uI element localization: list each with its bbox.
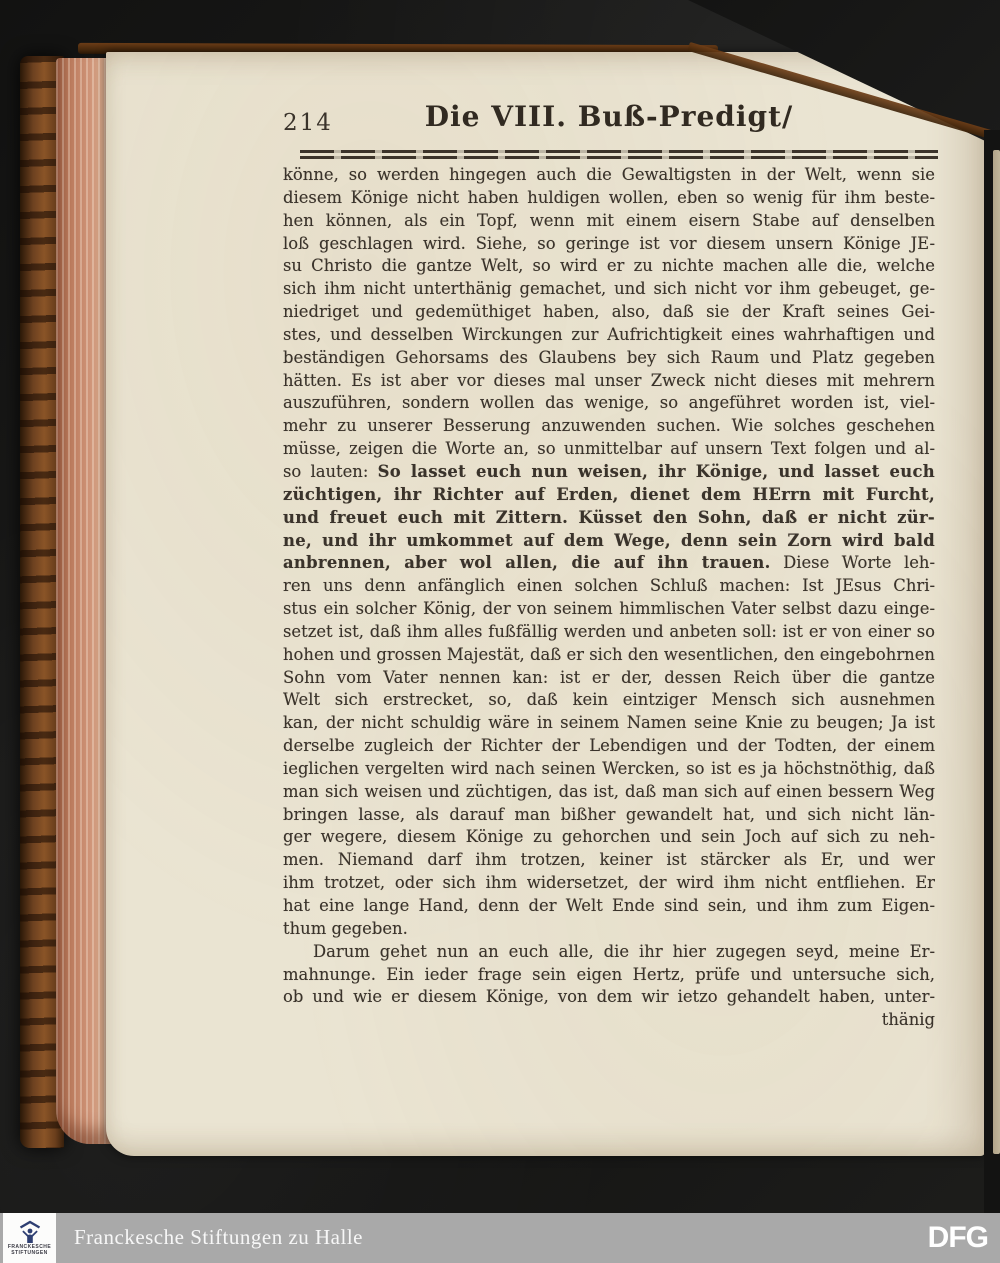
text-line: mehr zu unserer Besserung anzuwenden suc… [283,415,935,438]
text-line: müsse, zeigen die Worte an, so unmittelb… [283,438,935,461]
footer-bar: FRANCKESCHE STIFTUNGEN Franckesche Stift… [0,1213,1000,1263]
scanned-book-photo: 214 Die VIII. Buß-Predigt/ könne, so wer… [0,0,1000,1263]
text-line: ob und wie er diesem Könige, von dem wir… [283,986,935,1009]
text-line: beständigen Gehorsams des Glaubens bey s… [283,347,935,370]
text-line: ne, und ihr umkommet auf dem Wege, denn … [283,530,935,553]
text-line: mahnunge. Ein ieder frage sein eigen Her… [283,964,935,987]
text-line: und freuet euch mit Zittern. Küsset den … [283,507,935,530]
text-line: Welt sich erstrecket, so, daß kein eintz… [283,689,935,712]
header-rule [300,150,938,162]
header-rule-line [300,150,938,153]
text-line: man sich weisen und züchtigen, das ist, … [283,781,935,804]
text-line: su Christo die gantze Welt, so wird er z… [283,255,935,278]
text-line: stus ein solcher König, der von seinem h… [283,598,935,621]
text-line: ger wegere, diesem Könige zu gehorchen u… [283,826,935,849]
facing-page-edge [993,150,1000,1154]
text-line: sich ihm nicht unterthänig gemachet, und… [283,278,935,301]
text-line: hen können, als ein Topf, wenn mit einem… [283,210,935,233]
text-line: loß geschlagen wird. Siehe, so geringe i… [283,233,935,256]
dfg-logo: DFG [928,1213,988,1263]
text-line: züchtigen, ihr Richter auf Erden, dienet… [283,484,935,507]
text-line: auszuführen, sondern wollen das wenige, … [283,392,935,415]
text-line: ren uns denn anfänglich einen solchen Sc… [283,575,935,598]
text-line: derselbe zugleich der Richter der Lebend… [283,735,935,758]
text-line: diesem Könige nicht haben huldigen wolle… [283,187,935,210]
text-line: hohen und grossen Majestät, daß er sich … [283,644,935,667]
text-line: ihm trotzet, oder sich ihm widersetzet, … [283,872,935,895]
catchword-line: thänig [283,1009,935,1032]
text-line: kan, der nicht schuldig wäre in seinem N… [283,712,935,735]
text-line: men. Niemand darf ihm trotzen, keiner is… [283,849,935,872]
header-rule-line [300,156,938,159]
body-text: könne, so werden hingegen auch die Gewal… [283,164,935,1032]
library-logo: FRANCKESCHE STIFTUNGEN [3,1213,56,1263]
text-line: hat eine lange Hand, denn der Welt Ende … [283,895,935,918]
text-line: Sohn vom Vater nennen kan: ist er der, d… [283,667,935,690]
page-header-title: Die VIII. Buß-Predigt/ [283,100,935,133]
text-line: anbrennen, aber wol allen, die auf ihn t… [283,552,935,575]
franckesche-stiftungen-icon [18,1220,42,1244]
library-logo-text-line2: STIFTUNGEN [11,1251,47,1257]
text-line: setzet ist, daß ihm alles fußfällig werd… [283,621,935,644]
text-line: hätten. Es ist aber vor dieses mal unser… [283,370,935,393]
text-line: niedriget und gedemüthiget haben, also, … [283,301,935,324]
library-name-label: Franckesche Stiftungen zu Halle [74,1213,363,1263]
text-line: so lauten: So lasset euch nun weisen, ih… [283,461,935,484]
text-line: Darum gehet nun an euch alle, die ihr hi… [283,941,935,964]
text-line: thum gegeben. [283,918,935,941]
text-line: ieglichen vergelten wird nach seinen Wer… [283,758,935,781]
text-line: bringen lasse, als darauf man bißher gew… [283,804,935,827]
text-line: könne, so werden hingegen auch die Gewal… [283,164,935,187]
text-line: stes, und desselben Wirckungen zur Aufri… [283,324,935,347]
